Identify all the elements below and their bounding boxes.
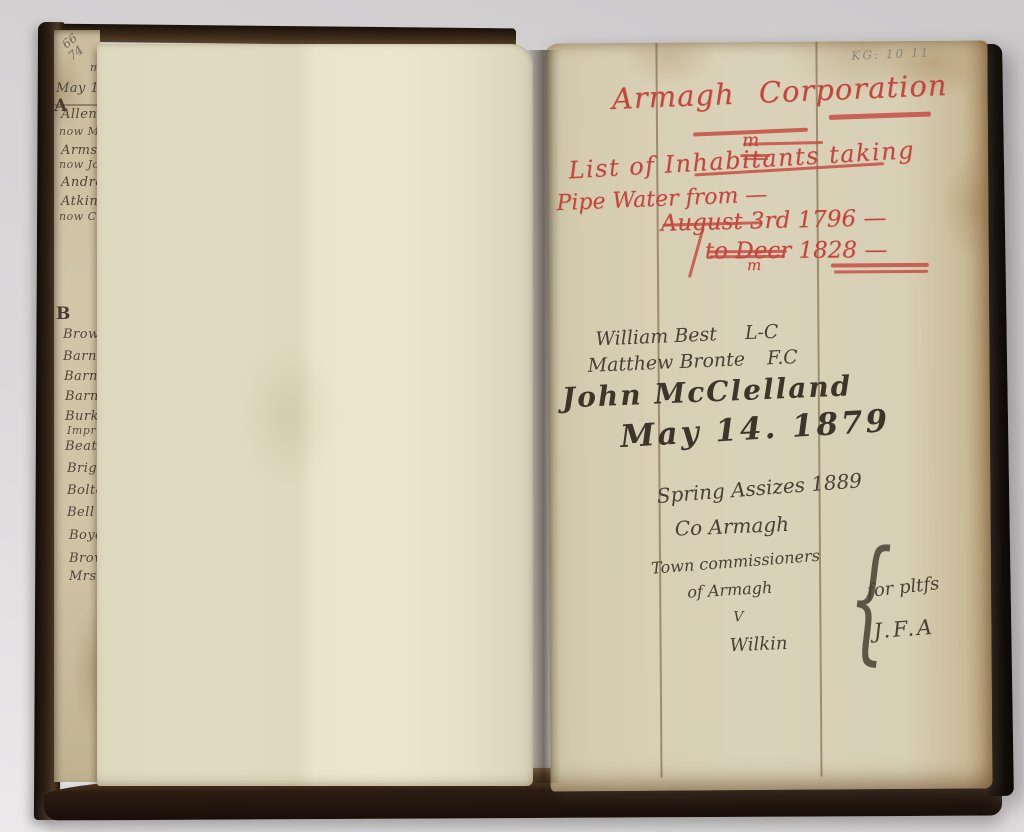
index-entry: Atkins bbox=[61, 195, 100, 208]
exhibit-initials: J.F.A bbox=[873, 617, 936, 643]
signature-william-best: William BestL-C bbox=[595, 323, 779, 350]
assizes-note: Spring Assizes 1889 bbox=[656, 470, 863, 506]
index-entry: Andrew bbox=[61, 176, 100, 189]
signature-suffix: F.C bbox=[767, 348, 799, 368]
case-party-plaintiff-line2: of Armagh bbox=[687, 580, 773, 601]
index-entry: Armstr bbox=[61, 144, 100, 157]
index-entry: Bolton bbox=[67, 484, 100, 497]
signature-name: William Best bbox=[595, 323, 717, 350]
pencil-annotation: KG: 10 11 bbox=[851, 45, 930, 62]
index-entry: Bright bbox=[67, 462, 100, 475]
index-entry: Burke bbox=[65, 410, 100, 423]
signature-matthew-bronte: Matthew BronteF.C bbox=[587, 348, 798, 376]
versus-mark: V bbox=[733, 610, 743, 624]
index-entry: Brown bbox=[63, 328, 100, 341]
red-underline bbox=[834, 270, 928, 274]
red-underline bbox=[829, 112, 931, 120]
index-entry: now Ch bbox=[59, 211, 100, 222]
county-note: Co Armagh bbox=[674, 514, 789, 539]
index-entry: Barne bbox=[64, 370, 100, 383]
index-entry: now Joh bbox=[59, 159, 100, 170]
index-entry: Bell J bbox=[67, 506, 100, 519]
index-entry: now M bbox=[59, 126, 99, 137]
signature-date: May 14. 1879 bbox=[619, 406, 891, 453]
index-entry: Boyd bbox=[69, 529, 100, 542]
red-underline bbox=[831, 263, 929, 267]
exhibit-note: for pltfs bbox=[866, 575, 940, 601]
red-line-start-date: August 3rd 1796 — bbox=[660, 207, 886, 236]
signature-suffix: L-C bbox=[744, 323, 778, 343]
index-section-letter: B bbox=[56, 306, 71, 323]
case-party-defendant: Wilkin bbox=[729, 635, 788, 655]
red-flourish: m bbox=[747, 258, 761, 273]
red-strikethrough bbox=[707, 250, 787, 254]
title-page: KG: 10 11 Armagh Corporation m List of I… bbox=[545, 40, 992, 791]
case-party-plaintiff-line1: Town commissioners bbox=[651, 548, 821, 577]
index-entry: Brown bbox=[69, 552, 100, 565]
flyleaf-blank-page bbox=[97, 44, 533, 786]
index-entry: Beaty bbox=[65, 440, 100, 453]
index-entry: Barn bbox=[65, 390, 99, 403]
signature-john-mcclelland: John McClelland bbox=[561, 372, 852, 412]
index-entry: Impr bbox=[67, 425, 96, 436]
title-text: Armagh Corporation bbox=[611, 71, 948, 114]
index-entry: Mrs B bbox=[69, 570, 100, 583]
index-entry: Barn bbox=[63, 350, 97, 363]
index-page-edge: 66 74 m May 18 A Allen now M Armstr now … bbox=[54, 30, 100, 782]
signature-name: Matthew Bronte bbox=[587, 348, 745, 377]
index-entry: May 18 bbox=[56, 82, 100, 95]
photograph-open-ledger: 66 74 m May 18 A Allen now M Armstr now … bbox=[0, 0, 1024, 832]
index-entry: Allen bbox=[61, 108, 97, 121]
